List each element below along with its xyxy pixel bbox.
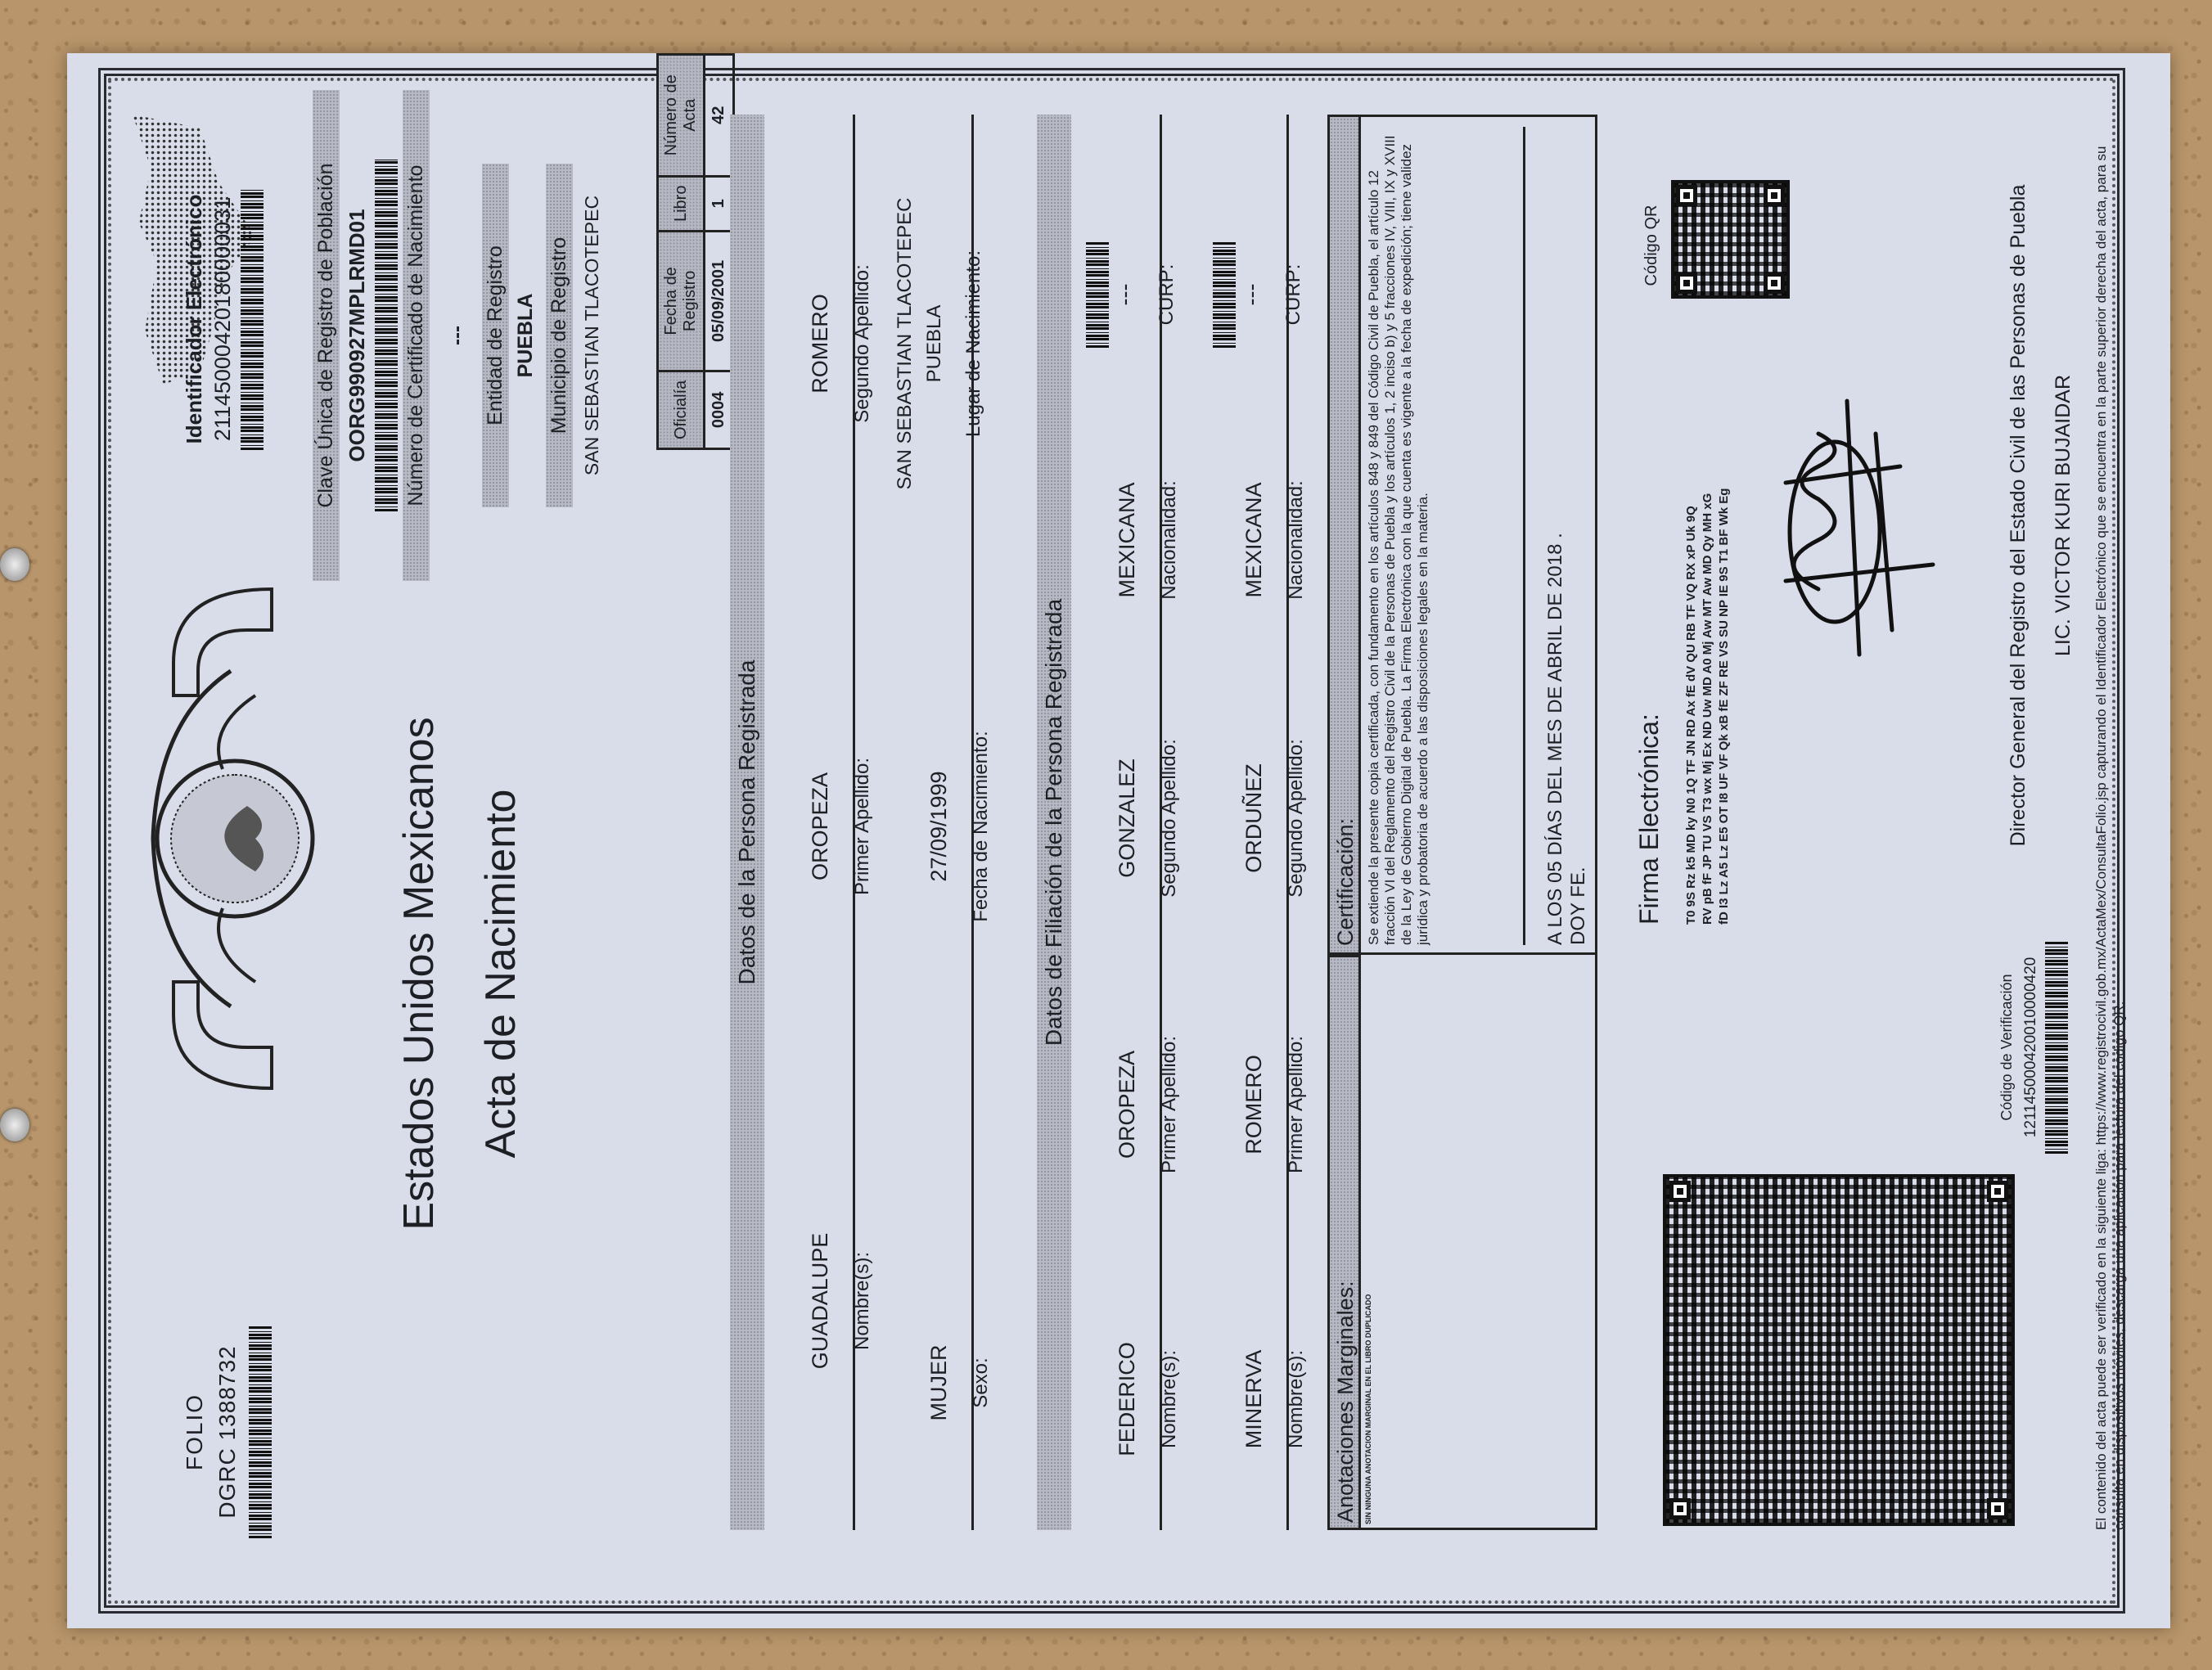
registro-header-libro: Libro xyxy=(658,176,705,231)
padre-curp: --- xyxy=(1112,188,1138,401)
madre-segundo-apellido: ORDUÑEZ xyxy=(1241,687,1267,949)
certificado-label: Número de Certificado de Nacimiento xyxy=(403,90,430,581)
madre-segundo-apellido-field: ORDUÑEZ Segundo Apellido: xyxy=(1241,687,1308,949)
madre-nombre-field: MINERVA Nombre(s): xyxy=(1241,1276,1308,1522)
certificado-value: --- xyxy=(446,90,469,581)
persona-sexo-field: MUJER Sexo: xyxy=(926,1260,993,1506)
padre-nombre-label: Nombre(s): xyxy=(1158,1276,1181,1522)
registro-header-oficialia: Oficialía xyxy=(658,371,705,448)
madre-primer-apellido: ROMERO xyxy=(1241,974,1267,1236)
folio-barcode xyxy=(249,1326,272,1538)
qr-label: Código QR xyxy=(1642,188,1661,303)
curp-block: Clave Única de Registro de Población OOR… xyxy=(313,90,603,581)
persona-segundo-apellido-field: ROMERO Segundo Apellido: xyxy=(808,139,874,548)
persona-lugar-label: Lugar de Nacimiento: xyxy=(962,139,985,548)
madre-segundo-apellido-label: Segundo Apellido: xyxy=(1285,687,1308,949)
persona-lugar-line1: SAN SEBASTIAN TLACOTEPEC xyxy=(894,139,917,548)
entidad-value: PUEBLA xyxy=(514,90,538,581)
identificador-value: 21145000420180000031 xyxy=(210,98,236,540)
registro-table-header: Oficialía Fecha de Registro Libro Número… xyxy=(658,55,705,449)
registro-header-numero: Número de Acta xyxy=(658,55,705,177)
persona-section-title: Datos de la Persona Registrada xyxy=(730,115,764,1530)
madre-nacionalidad-label: Nacionalidad: xyxy=(1285,417,1308,663)
padre-nacionalidad: MEXICANA xyxy=(1115,417,1140,663)
certificacion-title: Certificación: xyxy=(1330,117,1361,952)
identificador-block: Identificador Electrónico 21145000420180… xyxy=(182,98,264,540)
curp-value: OORG990927MPLRMD01 xyxy=(345,90,370,581)
padre-nacionalidad-label: Nacionalidad: xyxy=(1158,417,1181,663)
country-title: Estados Unidos Mexicanos xyxy=(394,565,444,1383)
madre-nombre: MINERVA xyxy=(1241,1276,1267,1522)
persona-fecha-nacimiento-label: Fecha de Nacimiento: xyxy=(970,622,993,1031)
padre-nombre: FEDERICO xyxy=(1115,1276,1140,1522)
padre-curp-barcode xyxy=(1086,241,1109,348)
padre-primer-apellido-field: OROPEZA Primer Apellido: xyxy=(1115,974,1181,1236)
identificador-barcode xyxy=(241,188,264,450)
persona-nombre-label: Nombre(s): xyxy=(851,1096,874,1506)
municipio-label: Municipio de Registro xyxy=(546,164,573,507)
padre-segundo-apellido: GONZALEZ xyxy=(1115,687,1140,949)
firma-hash-line: RV pB fF JP TU VS T3 wx Mj Ex ND Uw MD A… xyxy=(1700,303,1716,925)
persona-primer-apellido-label: Primer Apellido: xyxy=(851,622,874,1031)
madre-primer-apellido-field: ROMERO Primer Apellido: xyxy=(1241,974,1308,1236)
padre-primer-apellido: OROPEZA xyxy=(1115,974,1140,1236)
curp-label: Clave Única de Registro de Población xyxy=(313,90,340,581)
madre-nacionalidad-field: MEXICANA Nacionalidad: xyxy=(1241,417,1308,663)
persona-nombre-field: GUADALUPE Nombre(s): xyxy=(808,1096,874,1506)
large-qr-code xyxy=(1663,1174,2015,1526)
certificacion-rule xyxy=(1523,127,1525,945)
madre-curp-field: --- CURP: xyxy=(1213,188,1305,401)
verificacion-label: Código de Verificación xyxy=(1998,941,2016,1154)
entidad-label: Entidad de Registro xyxy=(482,164,509,507)
padre-segundo-apellido-field: GONZALEZ Segundo Apellido: xyxy=(1115,687,1181,949)
padre-nacionalidad-field: MEXICANA Nacionalidad: xyxy=(1115,417,1181,663)
director-title: Director General del Registro del Estado… xyxy=(2007,106,2030,925)
padre-nombre-field: FEDERICO Nombre(s): xyxy=(1115,1276,1181,1522)
identificador-label: Identificador Electrónico xyxy=(182,98,207,540)
persona-segundo-apellido-label: Segundo Apellido: xyxy=(851,139,874,548)
madre-curp-label: CURP: xyxy=(1282,188,1305,401)
firma-hash: T0 9S Rz k5 MD ky N0 1Q TF JN RD Ax fE d… xyxy=(1683,303,1732,925)
madre-nacionalidad: MEXICANA xyxy=(1241,417,1267,663)
persona-sexo-label: Sexo: xyxy=(970,1260,993,1506)
footer-verification-note: El contenido del acta puede ser verifica… xyxy=(2093,115,2129,1530)
persona-sexo: MUJER xyxy=(926,1260,952,1506)
registro-table: Oficialía Fecha de Registro Libro Número… xyxy=(656,53,735,450)
persona-lugar-line2: PUEBLA xyxy=(923,139,946,548)
anotaciones-certificacion-box: Anotaciones Marginales: SIN NINGUNA ANOT… xyxy=(1327,115,1597,1530)
persona-fecha-nacimiento: 27/09/1999 xyxy=(926,622,952,1031)
binder-ring xyxy=(0,548,29,581)
national-seal-emblem xyxy=(133,573,321,1105)
director-name: LIC. VICTOR KURI BUJAIDAR xyxy=(2052,106,2075,925)
padre-primer-apellido-label: Primer Apellido: xyxy=(1158,974,1181,1236)
madre-nombre-label: Nombre(s): xyxy=(1285,1276,1308,1522)
handwritten-signature xyxy=(1769,319,1966,777)
document-title: Acta de Nacimiento xyxy=(476,565,525,1383)
firma-title: Firma Electrónica: xyxy=(1634,713,1665,925)
verificacion-barcode xyxy=(2045,941,2068,1154)
madre-curp-barcode xyxy=(1213,241,1236,348)
padre-curp-label: CURP: xyxy=(1156,188,1178,401)
verificacion-block: Código de Verificación 12114500042001000… xyxy=(1998,941,2068,1154)
folio-block: FOLIO DGRC 1388732 xyxy=(182,1326,272,1538)
persona-fecha-nacimiento-field: 27/09/1999 Fecha de Nacimiento: xyxy=(926,622,993,1031)
padre-segundo-apellido-label: Segundo Apellido: xyxy=(1158,687,1181,949)
box-divider xyxy=(1330,952,1595,955)
padre-curp-field: --- CURP: xyxy=(1086,188,1178,401)
filiacion-section-title: Datos de Filiación de la Persona Registr… xyxy=(1037,115,1071,1530)
folio-label: FOLIO xyxy=(182,1326,208,1538)
birth-certificate-page: FOLIO DGRC 1388732 Identificador Electró… xyxy=(67,53,2170,1628)
verificacion-value: 121145000420010000420 xyxy=(2022,941,2040,1154)
municipio-value: SAN SEBASTIAN TLACOTEPEC xyxy=(581,90,603,581)
curp-barcode xyxy=(375,160,398,511)
registro-header-fecha: Fecha de Registro xyxy=(658,232,705,371)
persona-segundo-apellido: ROMERO xyxy=(808,139,833,548)
anotaciones-text: SIN NINGUNA ANOTACION MARGINAL EN EL LIB… xyxy=(1364,960,1372,1524)
madre-primer-apellido-label: Primer Apellido: xyxy=(1285,974,1308,1236)
persona-nombre: GUADALUPE xyxy=(808,1096,833,1506)
firma-hash-line: T0 9S Rz k5 MD ky N0 1Q TF JN RD Ax fE d… xyxy=(1683,303,1700,925)
small-qr-code xyxy=(1671,180,1790,299)
persona-lugar-nacimiento-field: SAN SEBASTIAN TLACOTEPEC PUEBLA Lugar de… xyxy=(894,139,985,548)
madre-curp: --- xyxy=(1239,188,1264,401)
certificacion-fecha: A LOS 05 DÍAS DEL MES DE ABRIL DE 2018 .… xyxy=(1544,487,1590,945)
firma-hash-line: fD I3 Lz A5 Lz E5 OT I8 UF VF Qk xB fE Z… xyxy=(1716,303,1732,925)
persona-primer-apellido-field: OROPEZA Primer Apellido: xyxy=(808,622,874,1031)
binder-ring xyxy=(0,1109,29,1141)
certificacion-text: Se extiende la presente copia certificad… xyxy=(1366,127,1431,945)
anotaciones-title: Anotaciones Marginales: xyxy=(1330,955,1361,1528)
persona-primer-apellido: OROPEZA xyxy=(808,622,833,1031)
folio-value: DGRC 1388732 xyxy=(214,1326,241,1538)
